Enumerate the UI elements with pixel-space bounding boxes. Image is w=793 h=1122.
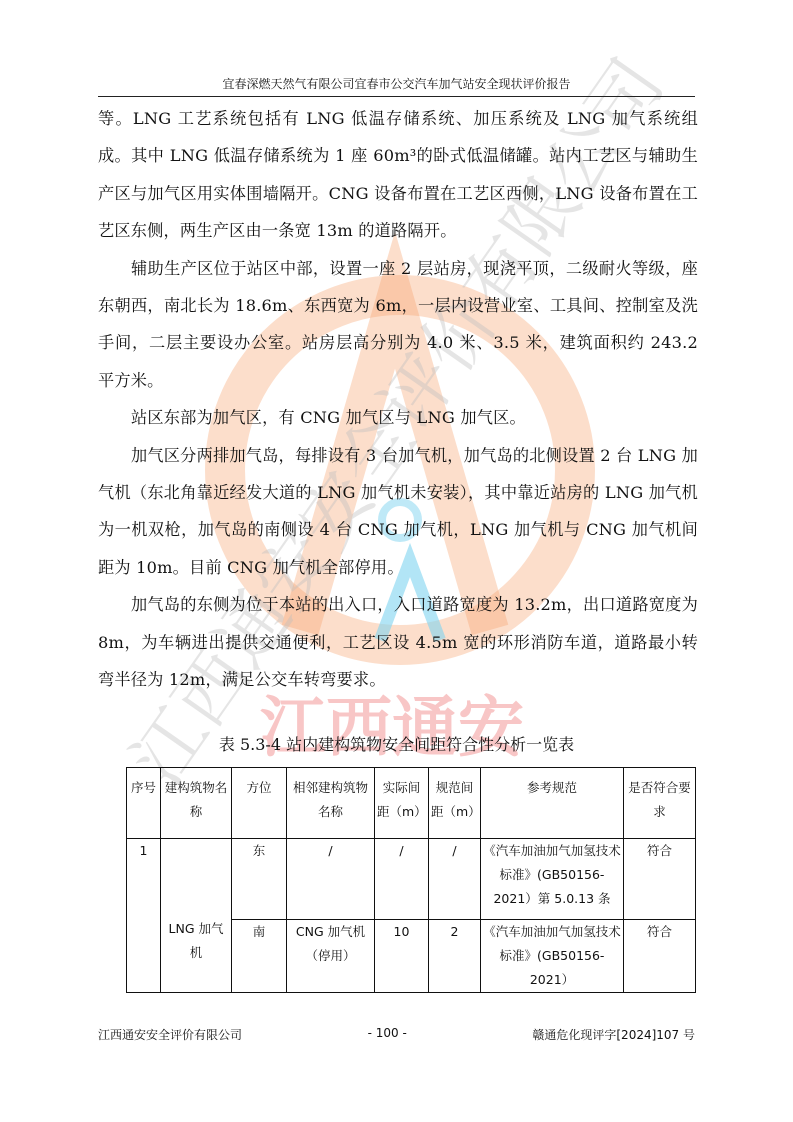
footer-company: 江西通安安全评价有限公司 [98,1026,242,1043]
header-title: 宜春深燃天然气有限公司宜春市公交汽车加气站安全现状评价报告 [222,77,570,91]
col-header-direction: 方位 [232,768,287,839]
document-number: 赣通危化现评字[2024]107 号 [532,1026,695,1043]
cell-actual: / [375,839,429,920]
cell-no: 1 [127,839,161,993]
page-number: - 100 - [368,1026,407,1043]
cell-building: LNG 加气机 [161,839,232,993]
col-header-required: 规范间距（m） [429,768,481,839]
col-header-compliant: 是否符合要求 [624,768,696,839]
page-header: 宜春深燃天然气有限公司宜春市公交汽车加气站安全现状评价报告 [98,74,695,97]
paragraph: 站区东部为加气区，有 CNG 加气区与 LNG 加气区。 [98,399,698,436]
cell-adjacent: / [287,839,375,920]
table-header-row: 序号 建构筑物名称 方位 相邻建构筑物名称 实际间距（m） 规范间距（m） 参考… [127,768,696,839]
paragraph: 加气岛的东侧为位于本站的出入口，入口道路宽度为 13.2m，出口道路宽度为 8m… [98,586,698,698]
cell-direction: 东 [232,839,287,920]
cell-reference: 《汽车加油加气加氢技术标准》(GB50156-2021） [481,920,624,993]
col-header-adjacent: 相邻建构筑物名称 [287,768,375,839]
spacing-table: 序号 建构筑物名称 方位 相邻建构筑物名称 实际间距（m） 规范间距（m） 参考… [126,767,696,993]
cell-adjacent: CNG 加气机（停用） [287,920,375,993]
cell-required: / [429,839,481,920]
cell-reference: 《汽车加油加气加氢技术标准》(GB50156-2021）第 5.0.13 条 [481,839,624,920]
cell-direction: 南 [232,920,287,993]
cell-required: 2 [429,920,481,993]
paragraph: 加气区分两排加气岛，每排设有 3 台加气机，加气岛的北侧设置 2 台 LNG 加… [98,437,698,587]
table-row: 1 LNG 加气机 东 / / / 《汽车加油加气加氢技术标准》(GB50156… [127,839,696,920]
table-caption: 表 5.3-4 站内建构筑物安全间距符合性分析一览表 [0,730,793,760]
col-header-actual: 实际间距（m） [375,768,429,839]
col-header-reference: 参考规范 [481,768,624,839]
col-header-building: 建构筑物名称 [161,768,232,839]
cell-compliant: 符合 [624,920,696,993]
paragraph: 辅助生产区位于站区中部，设置一座 2 层站房，现浇平顶，二级耐火等级，座东朝西，… [98,250,698,400]
paragraph: 等。LNG 工艺系统包括有 LNG 低温存储系统、加压系统及 LNG 加气系统组… [98,100,698,250]
cell-actual: 10 [375,920,429,993]
body-text: 等。LNG 工艺系统包括有 LNG 低温存储系统、加压系统及 LNG 加气系统组… [98,100,698,699]
cell-compliant: 符合 [624,839,696,920]
page-footer: 江西通安安全评价有限公司 - 100 - 赣通危化现评字[2024]107 号 [98,1026,695,1043]
col-header-no: 序号 [127,768,161,839]
